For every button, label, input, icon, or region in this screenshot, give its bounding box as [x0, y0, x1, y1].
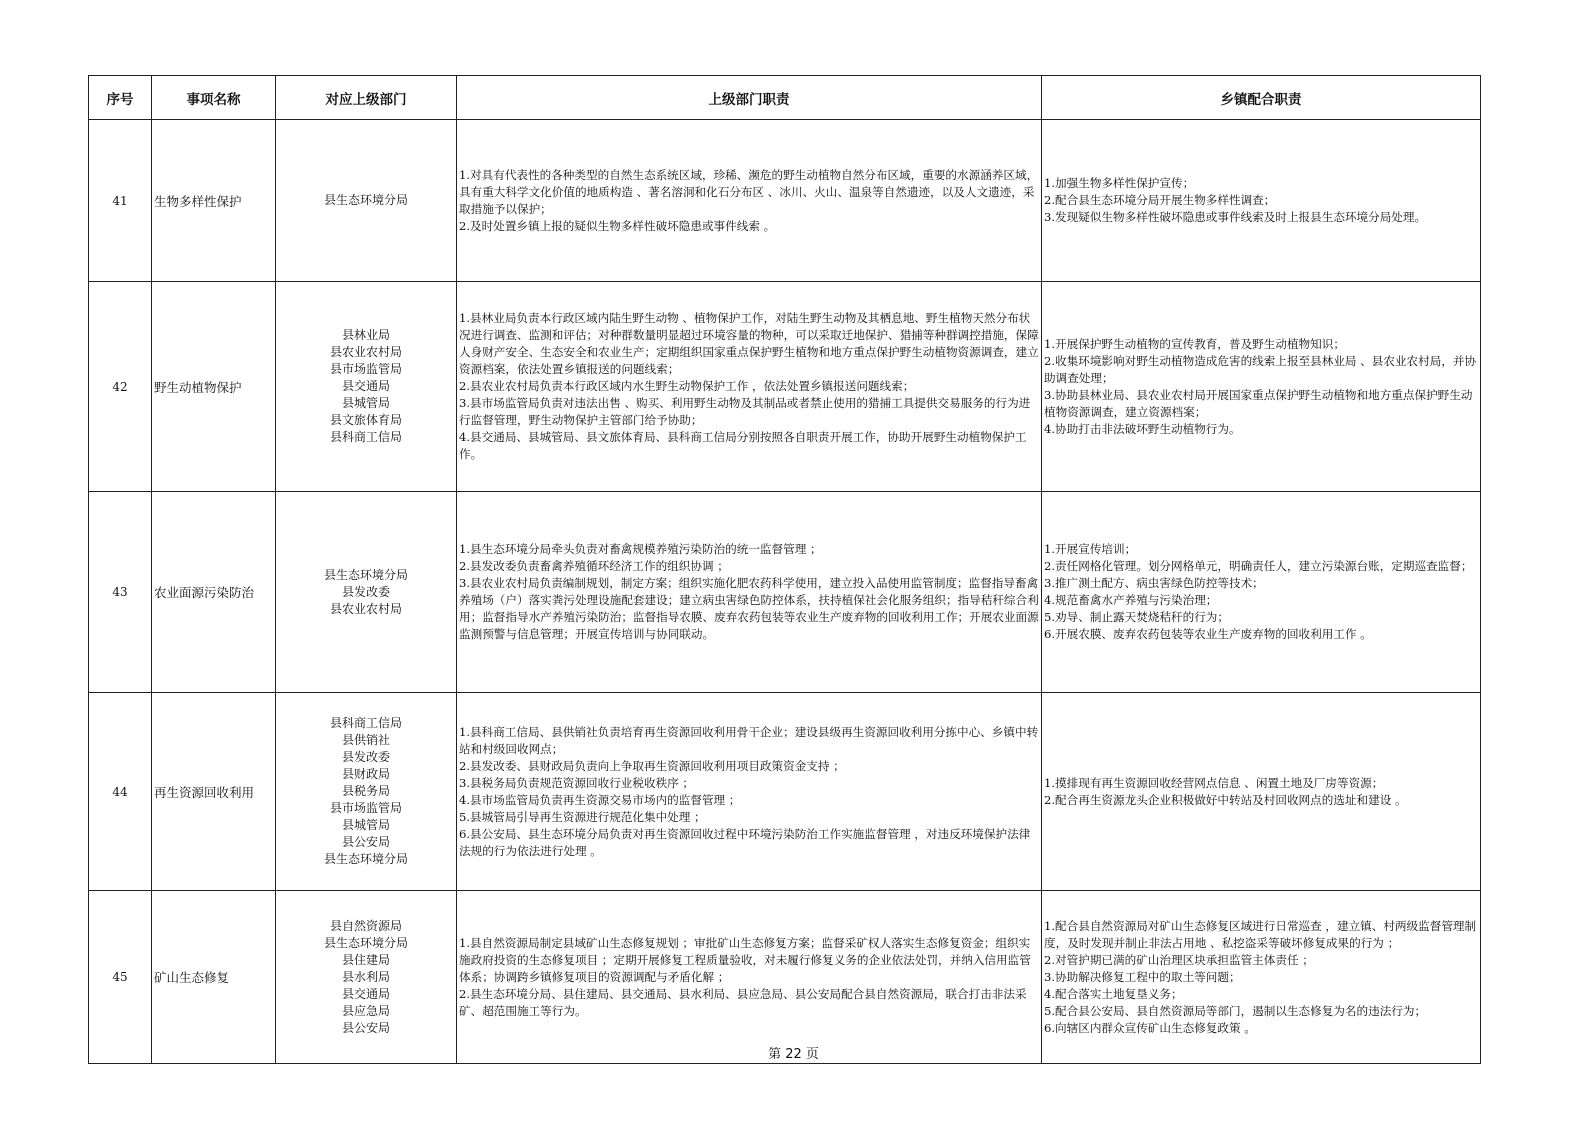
- dept-line: 县自然资源局: [278, 918, 454, 935]
- dept-line: 县公安局: [278, 834, 454, 851]
- cell-duties: 1.县科商工信局、县供销社负责培育再生资源回收利用骨干企业；建设县级再生资源回收…: [457, 693, 1042, 891]
- header-duties: 上级部门职责: [457, 76, 1042, 120]
- dept-line: 县交通局: [278, 986, 454, 1003]
- dept-line: 县城管局: [278, 817, 454, 834]
- town-duty-line: 4.规范畜禽水产养殖与污染治理；: [1044, 592, 1478, 609]
- dept-line: 县林业局: [278, 327, 454, 344]
- duty-line: 4.县交通局、县城管局、县文旅体育局、县科商工信局分别按照各自职责开展工作，协助…: [459, 429, 1039, 463]
- dept-line: 县生态环境分局: [278, 851, 454, 868]
- town-duty-line: 3.协助解决修复工程中的取土等问题；: [1044, 969, 1478, 986]
- cell-item-name: 野生动植物保护: [152, 282, 276, 492]
- cell-town-duties: 1.开展宣传培训；2.责任网格化管理。划分网格单元，明确责任人，建立污染源台账，…: [1042, 492, 1481, 693]
- town-duty-line: 1.开展保护野生动植物的宣传教育，普及野生动植物知识；: [1044, 336, 1478, 353]
- cell-no: 44: [89, 693, 152, 891]
- town-duty-line: 3.推广测土配方、病虫害绿色防控等技术；: [1044, 575, 1478, 592]
- cell-no: 45: [89, 891, 152, 1064]
- cell-duties: 1.县林业局负责本行政区域内陆生野生动物 、植物保护工作，对陆生野生动物及其栖息…: [457, 282, 1042, 492]
- table-row: 43农业面源污染防治县生态环境分局县发改委县农业农村局1.县生态环境分局牵头负责…: [89, 492, 1481, 693]
- duty-line: 1.县科商工信局、县供销社负责培育再生资源回收利用骨干企业；建设县级再生资源回收…: [459, 724, 1039, 758]
- town-duty-line: 1.开展宣传培训；: [1044, 541, 1478, 558]
- table-row: 45矿山生态修复县自然资源局县生态环境分局县住建局县水利局县交通局县应急局县公安…: [89, 891, 1481, 1064]
- cell-town-duties: 1.加强生物多样性保护宣传；2.配合县生态环境分局开展生物多样性调查；3.发现疑…: [1042, 120, 1481, 282]
- cell-no: 42: [89, 282, 152, 492]
- cell-dept: 县生态环境分局: [276, 120, 457, 282]
- town-duty-line: 4.配合落实土地复垦义务；: [1044, 986, 1478, 1003]
- duty-line: 2.县生态环境分局、县住建局、县交通局、县水利局、县应急局、县公安局配合县自然资…: [459, 986, 1039, 1020]
- cell-item-name: 矿山生态修复: [152, 891, 276, 1064]
- dept-line: 县住建局: [278, 952, 454, 969]
- town-duty-line: 2.收集环境影响对野生动植物造成危害的线索上报至县林业局 、县农业农村局，并协助…: [1044, 353, 1478, 387]
- cell-dept: 县林业局县农业农村局县市场监管局县交通局县城管局县文旅体育局县科商工信局: [276, 282, 457, 492]
- town-duty-line: 3.发现疑似生物多样性破坏隐患或事件线索及时上报县生态环境分局处理。: [1044, 209, 1478, 226]
- cell-town-duties: 1.配合县自然资源局对矿山生态修复区域进行日常巡查 ，建立镇、村两级监督管理制度…: [1042, 891, 1481, 1064]
- town-duty-line: 2.责任网格化管理。划分网格单元，明确责任人，建立污染源台账，定期巡查监督；: [1044, 558, 1478, 575]
- town-duty-line: 1.配合县自然资源局对矿山生态修复区域进行日常巡查 ，建立镇、村两级监督管理制度…: [1044, 918, 1478, 952]
- dept-line: 县水利局: [278, 969, 454, 986]
- cell-dept: 县科商工信局县供销社县发改委县财政局县税务局县市场监管局县城管局县公安局县生态环…: [276, 693, 457, 891]
- duty-line: 5.县城管局引导再生资源进行规范化集中处理 ；: [459, 809, 1039, 826]
- header-row: 序号 事项名称 对应上级部门 上级部门职责 乡镇配合职责: [89, 76, 1481, 120]
- header-no: 序号: [89, 76, 152, 120]
- duty-line: 1.县生态环境分局牵头负责对畜禽规模养殖污染防治的统一监督管理 ；: [459, 541, 1039, 558]
- cell-town-duties: 1.摸排现有再生资源回收经营网点信息 、闲置土地及厂房等资源；2.配合再生资源龙…: [1042, 693, 1481, 891]
- town-duty-line: 2.配合县生态环境分局开展生物多样性调查；: [1044, 192, 1478, 209]
- duty-line: 1.县林业局负责本行政区域内陆生野生动物 、植物保护工作，对陆生野生动物及其栖息…: [459, 310, 1039, 378]
- table-row: 42野生动植物保护县林业局县农业农村局县市场监管局县交通局县城管局县文旅体育局县…: [89, 282, 1481, 492]
- dept-line: 县发改委: [278, 749, 454, 766]
- dept-line: 县税务局: [278, 783, 454, 800]
- duty-line: 2.及时处置乡镇上报的疑似生物多样性破坏隐患或事件线索 。: [459, 218, 1039, 235]
- duty-line: 1.县自然资源局制定县域矿山生态修复规划 ；审批矿山生态修复方案；监督采矿权人落…: [459, 935, 1039, 986]
- page-number: 第 22 页: [0, 1043, 1587, 1062]
- dept-line: 县公安局: [278, 1020, 454, 1037]
- header-town-duties: 乡镇配合职责: [1042, 76, 1481, 120]
- dept-line: 县农业农村局: [278, 344, 454, 361]
- dept-line: 县供销社: [278, 732, 454, 749]
- cell-no: 41: [89, 120, 152, 282]
- cell-duties: 1.县生态环境分局牵头负责对畜禽规模养殖污染防治的统一监督管理 ；2.县发改委负…: [457, 492, 1042, 693]
- cell-no: 43: [89, 492, 152, 693]
- duty-line: 3.县税务局负责规范资源回收行业税收秩序 ；: [459, 775, 1039, 792]
- cell-item-name: 再生资源回收利用: [152, 693, 276, 891]
- town-duty-line: 1.摸排现有再生资源回收经营网点信息 、闲置土地及厂房等资源；: [1044, 775, 1478, 792]
- dept-line: 县财政局: [278, 766, 454, 783]
- town-duty-line: 1.加强生物多样性保护宣传；: [1044, 175, 1478, 192]
- town-duty-line: 5.配合县公安局、县自然资源局等部门，遏制以生态修复为名的违法行为；: [1044, 1003, 1478, 1020]
- table-row: 41生物多样性保护县生态环境分局1.对具有代表性的各种类型的自然生态系统区域，珍…: [89, 120, 1481, 282]
- dept-line: 县城管局: [278, 395, 454, 412]
- dept-line: 县发改委: [278, 584, 454, 601]
- dept-line: 县科商工信局: [278, 715, 454, 732]
- dept-line: 县农业农村局: [278, 601, 454, 618]
- duty-line: 2.县发改委负责畜禽养殖循环经济工作的组织协调 ；: [459, 558, 1039, 575]
- dept-line: 县文旅体育局: [278, 412, 454, 429]
- duty-table: 序号 事项名称 对应上级部门 上级部门职责 乡镇配合职责 41生物多样性保护县生…: [88, 75, 1481, 1064]
- dept-line: 县交通局: [278, 378, 454, 395]
- cell-duties: 1.对具有代表性的各种类型的自然生态系统区域，珍稀、濒危的野生动植物自然分布区域…: [457, 120, 1042, 282]
- cell-dept: 县自然资源局县生态环境分局县住建局县水利局县交通局县应急局县公安局: [276, 891, 457, 1064]
- town-duty-line: 2.配合再生资源龙头企业积极做好中转站及村回收网点的选址和建设 。: [1044, 792, 1478, 809]
- dept-line: 县生态环境分局: [278, 935, 454, 952]
- header-item-name: 事项名称: [152, 76, 276, 120]
- duty-line: 1.对具有代表性的各种类型的自然生态系统区域，珍稀、濒危的野生动植物自然分布区域…: [459, 167, 1039, 218]
- town-duty-line: 3.协助县林业局、县农业农村局开展国家重点保护野生动植物和地方重点保护野生动植物…: [1044, 387, 1478, 421]
- duty-line: 4.县市场监管局负责再生资源交易市场内的监督管理 ；: [459, 792, 1039, 809]
- dept-line: 县生态环境分局: [278, 192, 454, 209]
- dept-line: 县应急局: [278, 1003, 454, 1020]
- town-duty-line: 6.开展农膜、废弃农药包装等农业生产废弃物的回收利用工作 。: [1044, 626, 1478, 643]
- cell-town-duties: 1.开展保护野生动植物的宣传教育，普及野生动植物知识；2.收集环境影响对野生动植…: [1042, 282, 1481, 492]
- duty-line: 6.县公安局、县生态环境分局负责对再生资源回收过程中环境污染防治工作实施监督管理…: [459, 826, 1039, 860]
- town-duty-line: 2.对管护期已满的矿山治理区块承担监管主体责任 ；: [1044, 952, 1478, 969]
- cell-item-name: 农业面源污染防治: [152, 492, 276, 693]
- cell-dept: 县生态环境分局县发改委县农业农村局: [276, 492, 457, 693]
- town-duty-line: 6.向辖区内群众宣传矿山生态修复政策 。: [1044, 1020, 1478, 1037]
- header-dept: 对应上级部门: [276, 76, 457, 120]
- duty-line: 3.县农业农村局负责编制规划，制定方案；组织实施化肥农药科学使用，建立投入品使用…: [459, 575, 1039, 643]
- town-duty-line: 5.劝导、制止露天焚烧秸秆的行为；: [1044, 609, 1478, 626]
- cell-item-name: 生物多样性保护: [152, 120, 276, 282]
- dept-line: 县市场监管局: [278, 800, 454, 817]
- dept-line: 县科商工信局: [278, 429, 454, 446]
- duty-line: 3.县市场监管局负责对违法出售 、购买、利用野生动物及其制品或者禁止使用的猎捕工…: [459, 395, 1039, 429]
- cell-duties: 1.县自然资源局制定县域矿山生态修复规划 ；审批矿山生态修复方案；监督采矿权人落…: [457, 891, 1042, 1064]
- dept-line: 县生态环境分局: [278, 567, 454, 584]
- duty-line: 2.县农业农村局负责本行政区域内水生野生动物保护工作 ，依法处置乡镇报送问题线索…: [459, 378, 1039, 395]
- duty-line: 2.县发改委、县财政局负责向上争取再生资源回收利用项目政策资金支持 ；: [459, 758, 1039, 775]
- table-row: 44再生资源回收利用县科商工信局县供销社县发改委县财政局县税务局县市场监管局县城…: [89, 693, 1481, 891]
- dept-line: 县市场监管局: [278, 361, 454, 378]
- town-duty-line: 4.协助打击非法破坏野生动植物行为。: [1044, 421, 1478, 438]
